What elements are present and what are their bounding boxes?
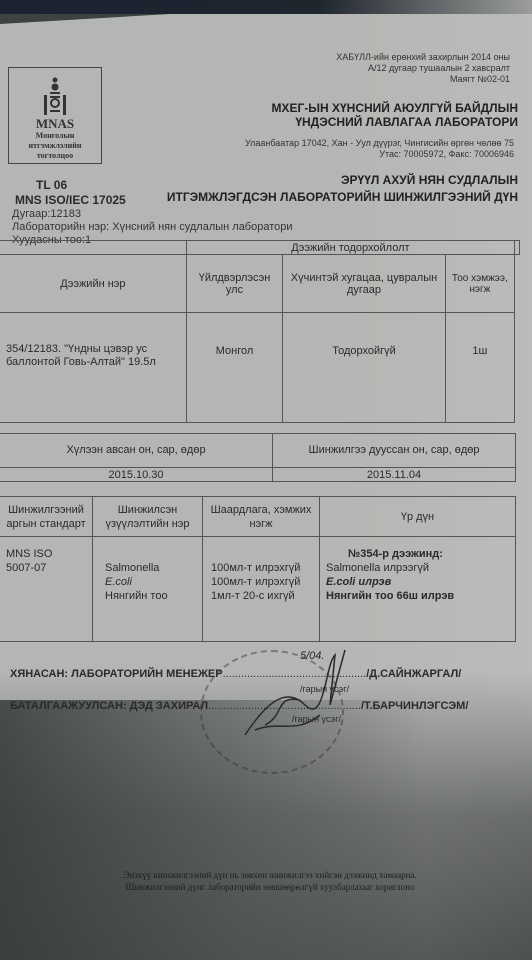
lab-name: Лабораторийн нэр: Хүнсний нян судлалын л… xyxy=(12,221,293,234)
indicator-cell: Salmonella E.coli Нянгийн тоо xyxy=(93,537,203,642)
sample-name-cell: 354/12183. "Үндны цэвэр ус баллонтой Гов… xyxy=(0,313,186,423)
approved-by-label: БАТАЛГААЖУУЛСАН: ДЭД ЗАХИРАЛ xyxy=(10,700,208,712)
completed-date-label: Шинжилгээ дууссан он, сар, өдөр xyxy=(273,434,516,468)
table-caption: Дээжийн тодорхойлолт xyxy=(186,241,514,255)
dates-table: Хүлээн авсан он, сар, өдөр Шинжилгээ дуу… xyxy=(0,433,516,482)
checked-by-name: /Д.САЙНЖАРГАЛ/ xyxy=(366,668,461,680)
result-line: Salmonella илрээгүй xyxy=(326,561,515,575)
approved-by-row: БАТАЛГААЖУУЛСАН: ДЭД ЗАХИРАЛ............… xyxy=(10,700,468,712)
column-header: Шаардлага, хэмжих нэгж xyxy=(203,497,320,537)
standard-line: 5007-07 xyxy=(6,561,86,575)
contacts-line: Утас: 70005972, Факс: 70006946 xyxy=(245,149,514,160)
requirement: 100мл-т илрэхгүй xyxy=(211,575,319,589)
requirement-cell: 100мл-т илрэхгүй 100мл-т илрэхгүй 1мл-т … xyxy=(203,537,320,642)
approval-line: А/12 дугаар тушаалын 2 хавсралт xyxy=(336,63,510,74)
organization-name: МХЕГ-ЫН ХҮНСНИЙ АЮУЛГҮЙ БАЙДЛЫН ҮНДЭСНИЙ… xyxy=(271,101,518,129)
received-date-label: Хүлээн авсан он, сар, өдөр xyxy=(0,434,273,468)
requirement: 100мл-т илрэхгүй xyxy=(211,561,319,575)
logo-line: Монголын xyxy=(9,131,101,141)
form-number: Маягт №02-01 xyxy=(336,74,510,85)
approval-line: ХАБҮЛЛ-ийн ерөнхий захирлын 2014 оны xyxy=(336,52,510,63)
approved-by-name: /Т.БАРЧИНЛЭГСЭМ/ xyxy=(361,700,468,712)
result-heading: №354-р дээжинд: xyxy=(326,547,515,561)
address-line: Улаанбаатар 17042, Хан - Уул дүүрэг, Чин… xyxy=(245,138,514,149)
footer-note: Энэхүү шинжилгээний дүн нь зөвхөн шинжил… xyxy=(60,869,480,893)
logo-line: итгэмжлэлийн xyxy=(9,141,101,151)
country-cell: Монгол xyxy=(186,313,282,423)
completed-date-value: 2015.11.04 xyxy=(273,468,516,482)
expiry-cell: Тодорхойгүй xyxy=(283,313,445,423)
accreditation-code: TL 06 xyxy=(36,178,67,192)
footer-line: Энэхүү шинжилгээний дүн нь зөвхөн шинжил… xyxy=(60,869,480,881)
org-name-line: ҮНДЭСНИЙ ЛАВЛАГАА ЛАБОРАТОРИ xyxy=(271,115,518,129)
background-edge xyxy=(0,0,532,14)
column-header: Дээжийн нэр xyxy=(0,255,186,313)
title-line: ИТГЭМЖЛЭГДСЭН ЛАБОРАТОРИЙН ШИНЖИЛГЭЭНИЙ … xyxy=(167,189,518,206)
document-number: Дугаар:12183 xyxy=(12,208,293,221)
column-header: Тоо хэмжээ, нэгж xyxy=(445,255,514,313)
title-line: ЭРҮҮЛ АХУЙ НЯН СУДЛАЛЫН xyxy=(167,172,518,189)
checked-by-label: ХЯНАСАН: ЛАБОРАТОРИЙН МЕНЕЖЕР xyxy=(10,668,223,680)
method-standard-cell: MNS ISO 5007-07 xyxy=(0,537,93,642)
standard-line: MNS ISO xyxy=(6,547,86,561)
org-name-line: МХЕГ-ЫН ХҮНСНИЙ АЮУЛГҮЙ БАЙДЛЫН xyxy=(271,101,518,115)
signature-caption: /гарын үсэг/ xyxy=(292,714,341,724)
signature-caption: /гарын үсэг/ xyxy=(300,684,349,694)
result-line: E.coli илрэв xyxy=(326,575,515,589)
signature-line: ........................................… xyxy=(208,700,361,712)
soyombo-emblem-icon xyxy=(42,76,68,116)
accreditation-standard: MNS ISO/IEC 17025 xyxy=(15,193,126,207)
logo-abbr: MNAS xyxy=(9,116,101,132)
received-date-value: 2015.10.30 xyxy=(0,468,273,482)
column-header: Үр дүн xyxy=(320,497,516,537)
indicator: Salmonella xyxy=(105,561,202,575)
document-title: ЭРҮҮЛ АХУЙ НЯН СУДЛАЛЫН ИТГЭМЖЛЭГДСЭН ЛА… xyxy=(167,172,518,206)
indicator: E.coli xyxy=(105,575,202,589)
column-header: Хүчинтэй хугацаа, цувралын дугаар xyxy=(283,255,445,313)
signature-line: ........................................… xyxy=(223,668,367,680)
quantity-cell: 1ш xyxy=(445,313,514,423)
column-header: Шинжилсэн үзүүлэлтийн нэр xyxy=(93,497,203,537)
test-results-table: Шинжилгээний аргын стандарт Шинжилсэн үз… xyxy=(0,496,516,642)
sample-description-table: Дээжийн тодорхойлолт Дээжийн нэр Үйлдвэр… xyxy=(0,240,520,423)
form-approval-note: ХАБҮЛЛ-ийн ерөнхий захирлын 2014 оны А/1… xyxy=(336,52,510,85)
logo-line: тогтолцоо xyxy=(9,151,101,161)
footer-line: Шинжилгээний дүнг лабораторийн зөвшөөрөл… xyxy=(60,881,480,893)
indicator: Нянгийн тоо xyxy=(105,589,202,603)
logo-subtitle: Монголын итгэмжлэлийн тогтолцоо xyxy=(9,131,101,161)
result-line: Нянгийн тоо 66ш илрэв xyxy=(326,589,515,603)
mnas-logo: MNAS Монголын итгэмжлэлийн тогтолцоо xyxy=(8,67,102,164)
checked-by-row: ХЯНАСАН: ЛАБОРАТОРИЙН МЕНЕЖЕР...........… xyxy=(10,668,461,680)
requirement: 1мл-т 20-с ихгүй xyxy=(211,589,319,603)
result-cell: №354-р дээжинд: Salmonella илрээгүй E.co… xyxy=(320,537,516,642)
handwritten-date: 5/04. xyxy=(300,650,324,662)
organization-address: Улаанбаатар 17042, Хан - Уул дүүрэг, Чин… xyxy=(245,138,514,160)
column-header: Үйлдвэрлэсэн улс xyxy=(186,255,282,313)
column-header: Шинжилгээний аргын стандарт xyxy=(0,497,93,537)
